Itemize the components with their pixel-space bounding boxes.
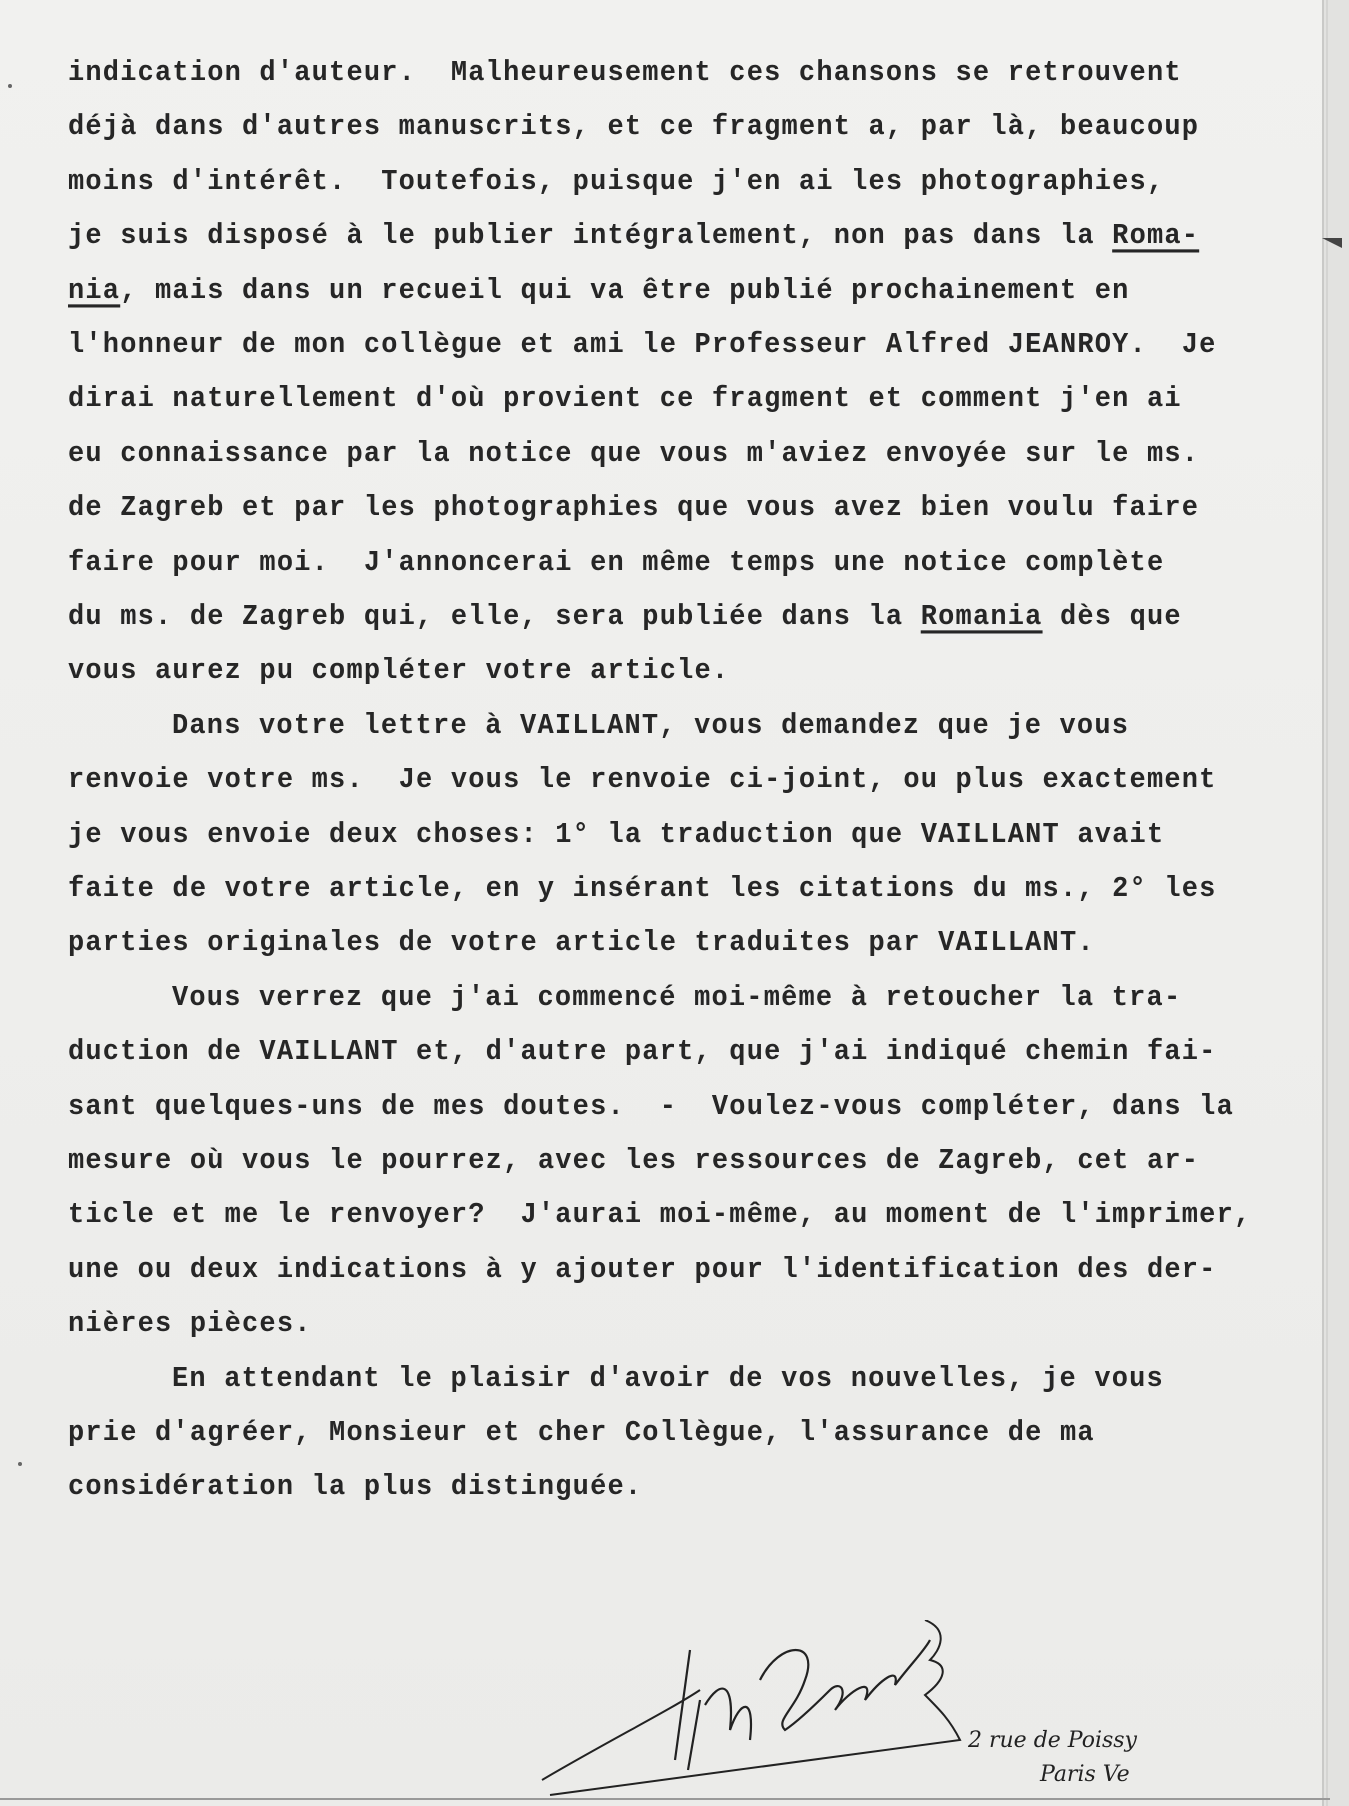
text-line: ticle et me le renvoyer? J'aurai moi-mêm… [68, 1200, 1251, 1232]
text-line: En attendant le plaisir d'avoir de vos n… [172, 1364, 1164, 1396]
margin-speck [18, 1462, 22, 1466]
text-line: moins d'intérêt. Toutefois, puisque j'en… [68, 167, 1164, 199]
text-line: indication d'auteur. Malheureusement ces… [68, 58, 1182, 90]
text-line: du ms. de Zagreb qui, elle, sera publiée… [68, 602, 1182, 634]
text-line: renvoie votre ms. Je vous le renvoie ci-… [68, 765, 1217, 797]
text-line: de Zagreb et par les photographies que v… [68, 493, 1199, 525]
text-line: Dans votre lettre à VAILLANT, vous deman… [172, 711, 1129, 743]
underlined-title: Romania [921, 602, 1043, 634]
text-line: faire pour moi. J'annoncerai en même tem… [68, 548, 1164, 580]
text-line: Vous verrez que j'ai commencé moi-même à… [172, 983, 1181, 1015]
underlined-title: nia [68, 276, 120, 308]
text-line: une ou deux indications à y ajouter pour… [68, 1255, 1217, 1287]
address-line-1: 2 rue de Poissy [968, 1728, 1137, 1753]
address-line-2: Paris Ve [1040, 1762, 1130, 1787]
text-line: vous aurez pu compléter votre article. [68, 656, 729, 688]
text-line: considération la plus distinguée. [68, 1472, 642, 1504]
letter-page: indication d'auteur. Malheureusement ces… [0, 0, 1330, 1806]
text-line: je suis disposé à le publier intégraleme… [68, 221, 1199, 253]
text-line: l'honneur de mon collègue et ami le Prof… [68, 330, 1217, 362]
text-line: parties originales de votre article trad… [68, 928, 1095, 960]
text-span: je suis disposé à le publier intégraleme… [68, 221, 1112, 253]
text-line: duction de VAILLANT et, d'autre part, qu… [68, 1037, 1217, 1069]
text-span: du ms. de Zagreb qui, elle, sera publiée… [68, 602, 921, 634]
text-line: mesure où vous le pourrez, avec les ress… [68, 1146, 1199, 1178]
text-line: nia, mais dans un recueil qui va être pu… [68, 276, 1130, 308]
text-span: , mais dans un recueil qui va être publi… [120, 276, 1129, 308]
text-line: déjà dans d'autres manuscrits, et ce fra… [68, 112, 1199, 144]
text-line: eu connaissance par la notice que vous m… [68, 439, 1199, 471]
handwritten-signature [530, 1620, 1090, 1800]
text-line: nières pièces. [68, 1309, 312, 1341]
underlined-title: Roma- [1112, 221, 1199, 253]
margin-speck [8, 84, 12, 88]
text-line: sant quelques-uns de mes doutes. - Voule… [68, 1092, 1234, 1124]
page-edge [1322, 0, 1349, 1806]
text-span: dès que [1043, 602, 1182, 634]
text-line: dirai naturellement d'où provient ce fra… [68, 384, 1182, 416]
text-line: prie d'agréer, Monsieur et cher Collègue… [68, 1418, 1095, 1450]
text-line: je vous envoie deux choses: 1° la traduc… [68, 820, 1164, 852]
text-line: faite de votre article, en y insérant le… [68, 874, 1217, 906]
